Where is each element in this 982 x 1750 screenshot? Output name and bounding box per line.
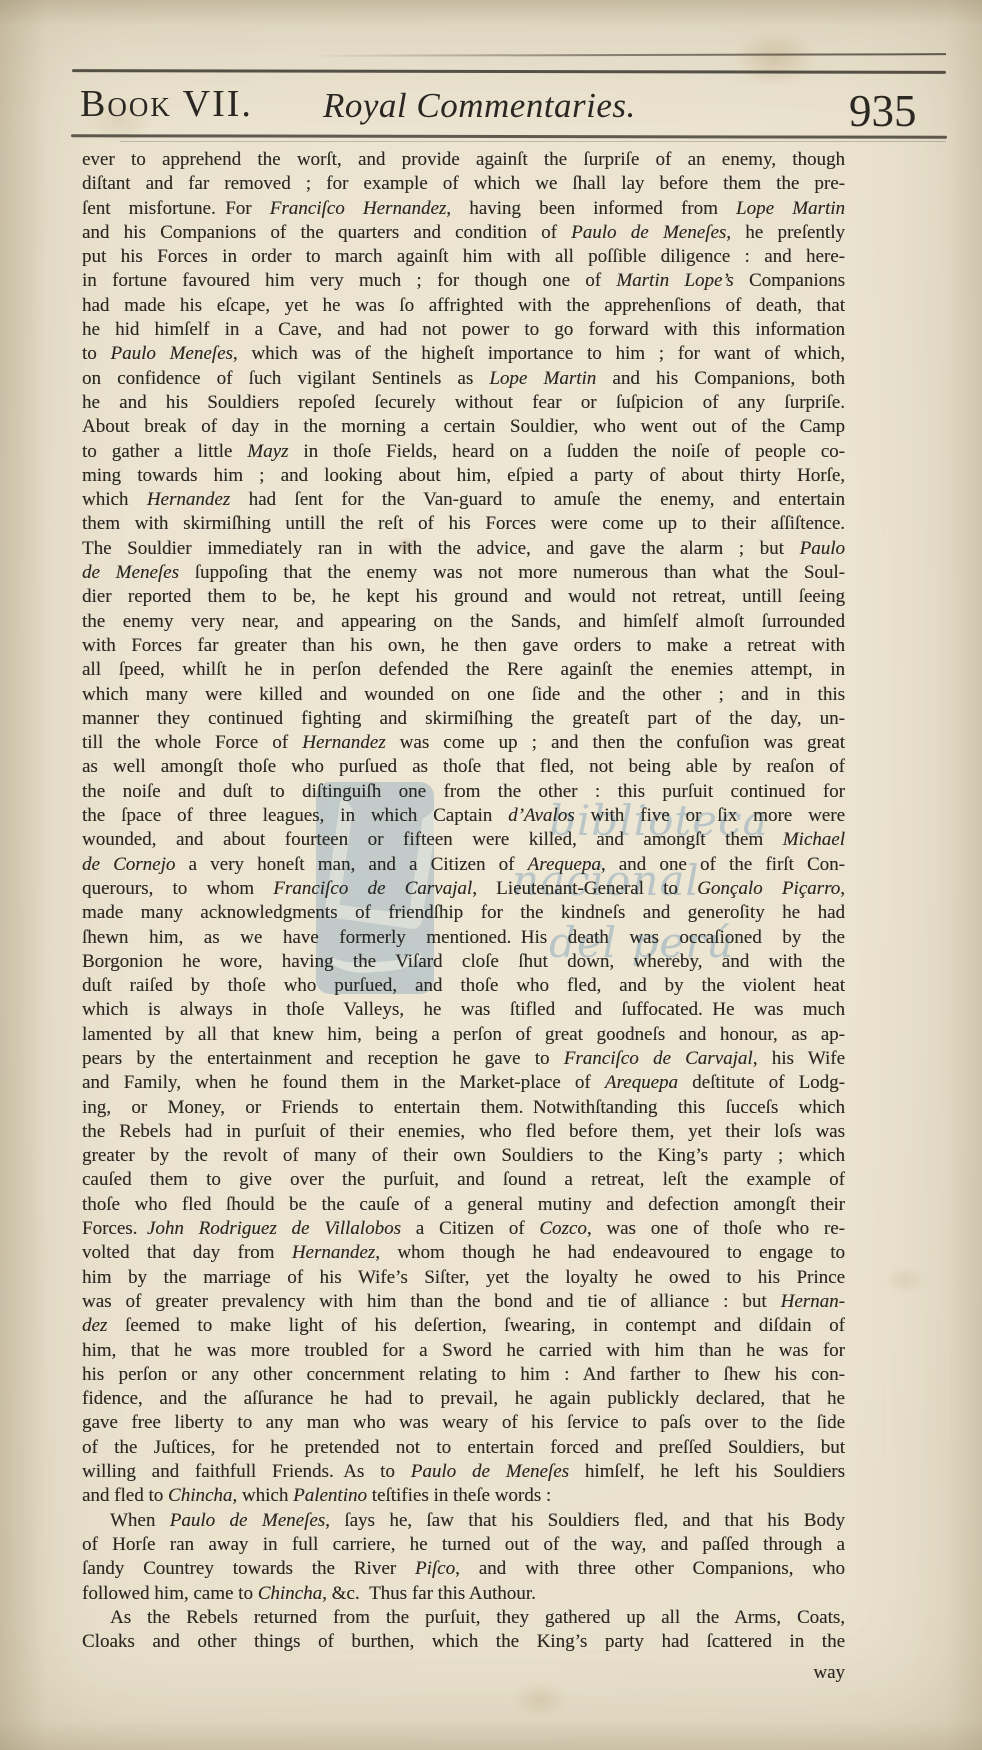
- text-line: de Cornejo a very honeſt man, and a Citi…: [82, 853, 845, 877]
- text-line: diſtant and far removed ; for example of…: [82, 172, 845, 196]
- book-label: Book VII.: [80, 84, 253, 124]
- text-line: Cloaks and other things of burthen, whic…: [82, 1630, 845, 1654]
- text-line: de Meneſes ſuppoſing that the enemy was …: [82, 561, 845, 585]
- text-line: which is always in thoſe Valleys, he was…: [82, 998, 845, 1022]
- text-line: duſt raiſed by thoſe who purſued, and th…: [82, 974, 845, 998]
- catchword: way: [82, 1661, 845, 1687]
- text-line: with Forces far greater than his own, he…: [82, 634, 845, 658]
- text-line: Forces. John Rodriguez de Villalobos a C…: [82, 1217, 845, 1241]
- text-line: and his Companions of the quarters and c…: [82, 221, 845, 245]
- text-line: him by the marriage of his Wife’s Siſter…: [82, 1266, 845, 1290]
- text-line: the Rebels had in purſuit of their enemi…: [82, 1120, 845, 1144]
- text-line: till the whole Force of Hernandez was co…: [82, 731, 845, 755]
- text-line: and fled to Chincha, which Palentino teſ…: [82, 1484, 845, 1508]
- text-line: greater by the revolt of many of their o…: [82, 1144, 845, 1168]
- text-line: ever to apprehend the worſt, and provide…: [82, 148, 845, 172]
- text-line: of Horſe ran away in full carriere, he t…: [82, 1533, 845, 1557]
- text-line: as well amongſt thoſe who purſued as tho…: [82, 755, 845, 779]
- text-line: ing, or Money, or Friends to entertain t…: [82, 1096, 845, 1120]
- page-number: 935: [849, 88, 917, 134]
- text-block: ever to apprehend the worſt, and provide…: [82, 148, 845, 1654]
- text-line: dez ſeemed to make light of his deſertio…: [82, 1314, 845, 1338]
- text-line: gave free liberty to any man who was wea…: [82, 1411, 845, 1435]
- header-rule-top: [72, 69, 946, 74]
- text-line: When Paulo de Meneſes, ſays he, ſaw that…: [82, 1509, 845, 1533]
- body-text: ever to apprehend the worſt, and provide…: [82, 148, 845, 1687]
- text-line: lamented by all that knew him, being a p…: [82, 1023, 845, 1047]
- book-page-scan: biblioteca nacional del perú Book VII. R…: [0, 0, 982, 1750]
- text-line: on confidence of ſuch vigilant Sentinels…: [82, 367, 845, 391]
- text-line: dier reported them to be, he kept his gr…: [82, 585, 845, 609]
- text-line: his perſon or any other concernment rela…: [82, 1363, 845, 1387]
- text-line: the enemy very near, and appearing on th…: [82, 610, 845, 634]
- running-title: Royal Commentaries.: [323, 86, 636, 126]
- text-line: him, that he was more troubled for a Swo…: [82, 1339, 845, 1363]
- text-line: querours, to whom Franciſco de Carvajal,…: [82, 877, 845, 901]
- text-line: was of greater prevalency with him than …: [82, 1290, 845, 1314]
- text-line: which many were killed and wounded on on…: [82, 683, 845, 707]
- text-line: he and his Souldiers repoſed ſecurely wi…: [82, 391, 845, 415]
- text-line: fidence, and the aſſurance he had to pre…: [82, 1387, 845, 1411]
- text-line: them with skirmiſhing untill the reſt of…: [82, 512, 845, 536]
- text-line: willing and faithfull Friends. As to Pau…: [82, 1460, 845, 1484]
- text-line: the noiſe and duſt to diſtinguiſh one fr…: [82, 780, 845, 804]
- text-line: ſhewn him, as we have formerly mentioned…: [82, 926, 845, 950]
- text-line: and Family, when he found them in the Ma…: [82, 1071, 845, 1095]
- text-line: he hid himſelf in a Cave, and had not po…: [82, 318, 845, 342]
- text-line: ſandy Countrey towards the River Piſco, …: [82, 1557, 845, 1581]
- text-line: wounded, and about fourteen or fifteen w…: [82, 828, 845, 852]
- text-line: put his Forces in order to march againſt…: [82, 245, 845, 269]
- text-line: About break of day in the morning a cert…: [82, 415, 845, 439]
- text-line: ſent misfortune. For Franciſco Hernandez…: [82, 197, 845, 221]
- text-line: cauſed them to give over the purſuit, an…: [82, 1168, 845, 1192]
- text-line: all ſpeed, whilſt he in perſon defended …: [82, 658, 845, 682]
- text-line: in fortune favoured him very much ; for …: [82, 269, 845, 293]
- header-rule-top-thin: [310, 53, 946, 57]
- text-line: followed him, came to Chincha, &c. Thus …: [82, 1582, 845, 1606]
- text-line: which Hernandez had ſent for the Van-gua…: [82, 488, 845, 512]
- header-rule-bottom: [71, 134, 947, 139]
- header-rule-bottom-echo: [120, 141, 946, 142]
- text-line: As the Rebels returned from the purſuit,…: [82, 1606, 845, 1630]
- text-line: manner they continued fighting and skirm…: [82, 707, 845, 731]
- text-line: to Paulo Meneſes, which was of the highe…: [82, 342, 845, 366]
- text-line: had made his eſcape, yet he was ſo affri…: [82, 294, 845, 318]
- text-line: volted that day from Hernandez, whom tho…: [82, 1241, 845, 1265]
- text-line: made many acknowledgments of friendſhip …: [82, 901, 845, 925]
- text-line: The Souldier immediately ran in with the…: [82, 537, 845, 561]
- text-line: ming towards him ; and looking about him…: [82, 464, 845, 488]
- text-line: to gather a little Mayz in thoſe Fields,…: [82, 440, 845, 464]
- text-line: pears by the entertainment and reception…: [82, 1047, 845, 1071]
- text-line: thoſe who fled ſhould be the cauſe of a …: [82, 1193, 845, 1217]
- text-line: of the Juſtices, for he pretended not to…: [82, 1436, 845, 1460]
- text-line: Borgonion he wore, having the Viſard clo…: [82, 950, 845, 974]
- text-line: the ſpace of three leagues, in which Cap…: [82, 804, 845, 828]
